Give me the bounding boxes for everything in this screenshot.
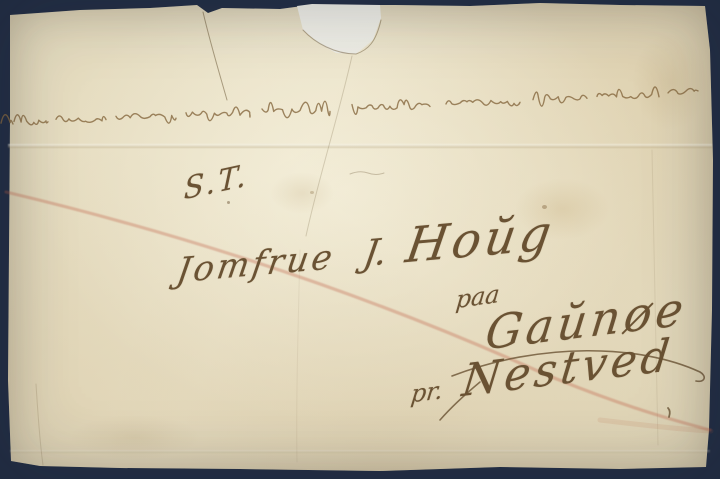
tear-crease (203, 12, 227, 100)
addressee-initial: J. (361, 231, 391, 275)
pencil-mark (350, 172, 384, 175)
docket-scrawl-word (56, 116, 106, 122)
tear-edge (303, 20, 381, 54)
docket-scrawl-word (597, 87, 659, 98)
docket-scrawl-word (14, 115, 48, 125)
docket-scrawl-word (533, 92, 587, 106)
long-crease (306, 56, 352, 236)
docket-scrawl-word (186, 107, 250, 121)
docket-handwriting (1, 87, 698, 125)
docket-scrawl-word (116, 114, 176, 123)
docket-scrawl-word (262, 101, 330, 117)
via-prefix: pr. (409, 376, 444, 409)
docket-scrawl-word (352, 100, 430, 114)
docket-scrawl-word (446, 100, 520, 106)
corner-crease (36, 384, 43, 465)
comma-stroke (668, 408, 670, 417)
docket-scrawl-word (1, 115, 13, 124)
docket-scrawl-word (668, 89, 698, 94)
photo-background: S.T. Jomfrue J. Hoŭg paa Gaŭnøe pr. Nest… (0, 0, 720, 479)
